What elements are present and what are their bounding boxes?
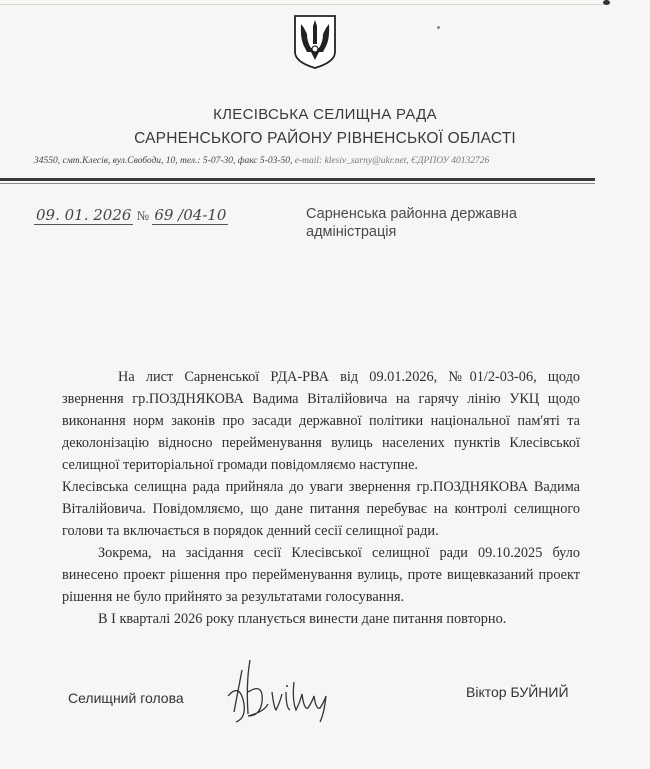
letter-page: КЛЕСІВСЬКА СЕЛИЩНА РАДА САРНЕНСЬКОГО РАЙ… — [0, 0, 650, 769]
handwritten-signature — [220, 652, 340, 732]
organization-name: КЛЕСІВСЬКА СЕЛИЩНА РАДА — [0, 106, 650, 123]
scan-speck — [437, 26, 440, 29]
coat-of-arms-trident-icon — [293, 14, 337, 70]
registration-date: 09. 01. 2026 — [34, 206, 133, 225]
registration-line: 09. 01. 2026 № 69 /04-10 — [34, 206, 228, 224]
letterhead-divider-thin — [0, 183, 595, 184]
address-main: 34550, смт.Клесів, вул.Свободи, 10, тел.… — [34, 156, 295, 166]
body-paragraph-2: Клесівська селищна рада прийняла до уваг… — [62, 476, 580, 542]
organization-region: САРНЕНСЬКОГО РАЙОНУ РІВНЕНСЬКОЇ ОБЛАСТІ — [0, 130, 650, 148]
signatory-position: Селищний голова — [68, 690, 184, 706]
number-sign: № — [137, 208, 149, 223]
address-email: e-mail: klesiv_sarny@ukr.net, ЄДРПОУ 401… — [295, 156, 490, 166]
recipient: Сарненська районна державна адміністраці… — [306, 205, 517, 241]
body-paragraph-4: В І кварталі 2026 року планується винест… — [62, 608, 580, 630]
recipient-line-1: Сарненська районна державна — [306, 205, 517, 223]
scan-edge-line — [0, 4, 610, 5]
letterhead-divider — [0, 178, 595, 181]
scan-speck — [603, 0, 610, 5]
body-paragraph-3: Зокрема, на засідання сесії Клесівської … — [62, 542, 580, 608]
body-paragraph-1: На лист Сарненської РДА-РВА від 09.01.20… — [62, 366, 580, 476]
registration-number: 69 /04-10 — [152, 206, 228, 225]
signatory-name: Віктор БУЙНИЙ — [466, 684, 569, 700]
recipient-line-2: адміністрація — [306, 223, 517, 241]
letter-body: На лист Сарненської РДА-РВА від 09.01.20… — [62, 366, 580, 630]
organization-address: 34550, смт.Клесів, вул.Свободи, 10, тел.… — [34, 156, 489, 166]
